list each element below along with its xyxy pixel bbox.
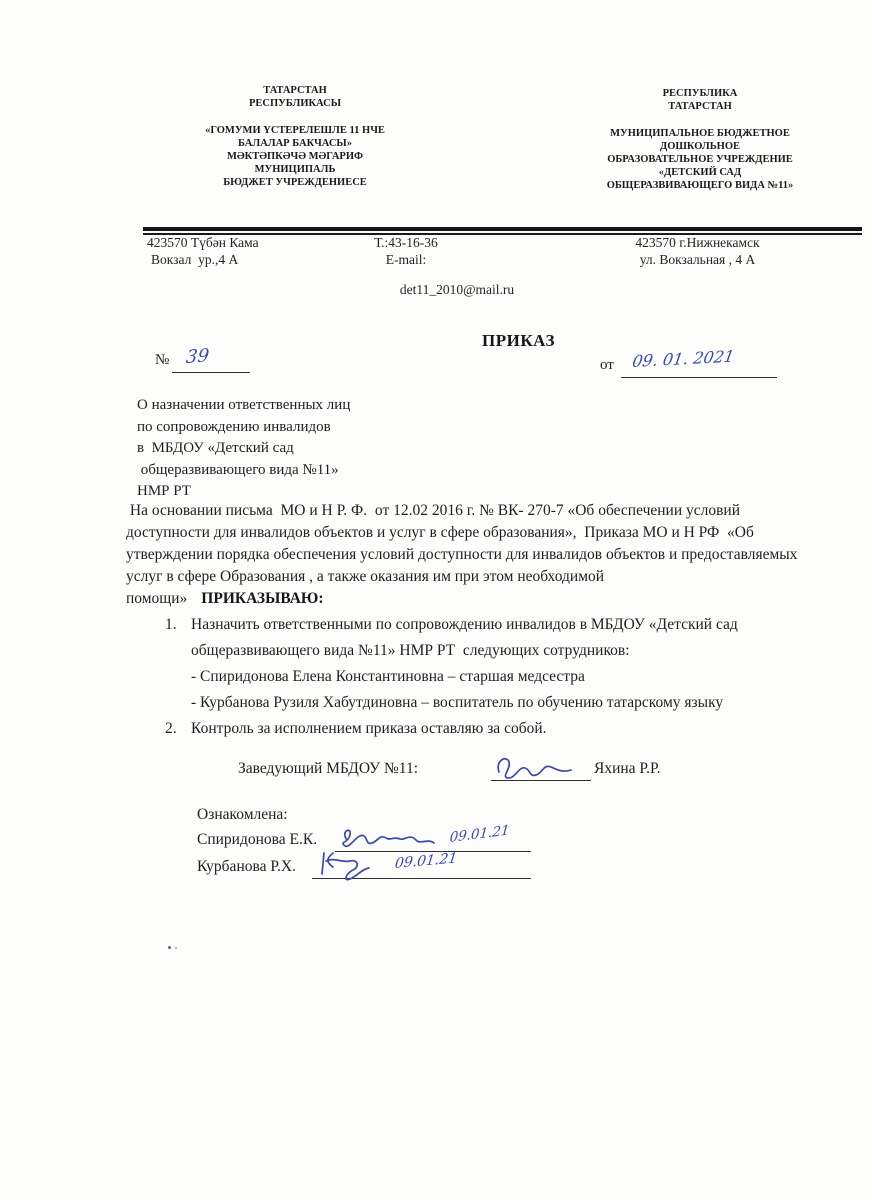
contact-line: 423570 г.Нижнекамск	[620, 234, 775, 251]
contact-phone: Т.:43-16-36	[346, 234, 466, 251]
scanned-order-document: ТАТАРСТАН РЕСПУБЛИКАСЫ «ГОМУМИ ҮСТЕРЕЛЕШ…	[0, 0, 872, 1200]
letterhead-gap	[130, 110, 460, 124]
director-label: Заведующий МБДОУ №11:	[238, 760, 418, 778]
email-address: det11_2010@mail.ru	[377, 281, 537, 298]
order-title: ПРИКАЗ	[482, 331, 555, 351]
letterhead-left-name-line: МӘКТӘПКӘЧӘ МӘГАРИФ	[130, 150, 460, 163]
letterhead-left-name-line: «ГОМУМИ ҮСТЕРЕЛЕШЛЕ 11 НЧЕ	[130, 124, 460, 137]
contact-line: Вокзал ур.,4 А	[147, 251, 259, 268]
order-subject-line: О назначении ответственных лиц	[137, 395, 350, 417]
contact-email-label: E-mail:	[346, 251, 466, 268]
ack-name-kurbanova: Курбанова Р.Х.	[197, 858, 296, 876]
letterhead-right-name-line: «ДЕТСКИЙ САД	[535, 166, 865, 179]
letterhead-right-block: РЕСПУБЛИКА ТАТАРСТАН МУНИЦИПАЛЬНОЕ БЮДЖЕ…	[535, 87, 865, 192]
director-name: Яхина Р.Р.	[594, 760, 661, 778]
order-item-number: 2.	[165, 716, 191, 742]
scan-artifact	[168, 946, 171, 949]
ack-date-handwritten: 09.01.21	[449, 822, 510, 846]
letterhead-left-name-line: МУНИЦИПАЛЬ	[130, 163, 460, 176]
scan-artifact	[175, 947, 177, 949]
order-date-handwritten: 09. 01. 2021	[631, 346, 736, 371]
order-number-line	[172, 372, 250, 373]
letterhead-right-name-line: МУНИЦИПАЛЬНОЕ БЮДЖЕТНОЕ	[535, 127, 865, 140]
letterhead-left-name-line: БАЛАЛАР БАКЧАСЫ»	[130, 137, 460, 150]
contact-address-russian: 423570 г.Нижнекамск ул. Вокзальная , 4 А	[620, 234, 775, 268]
contact-address-tatar: 423570 Түбән Кама Вокзал ур.,4 А	[147, 234, 259, 268]
order-keyword: ПРИКАЗЫВАЮ:	[201, 590, 323, 607]
letterhead-right-region-line: РЕСПУБЛИКА	[535, 87, 865, 100]
order-item-text: Контроль за исполнением приказа оставляю…	[191, 716, 811, 742]
letterhead-right-name-line: ДОШКОЛЬНОЕ	[535, 140, 865, 153]
order-subitem: - Спиридонова Елена Константиновна – ста…	[191, 664, 811, 690]
letterhead-right-name-line: ОБЩЕРАЗВИВАЮЩЕГО ВИДА №11»	[535, 179, 865, 192]
order-item-text: Назначить ответственными по сопровождени…	[191, 612, 811, 664]
letterhead-right-region-line: ТАТАРСТАН	[535, 100, 865, 113]
order-subject-line: общеразвивающего вида №11»	[137, 460, 350, 482]
order-item-number: 1.	[165, 612, 191, 638]
order-body: На основании письма МО и Н Р. Ф. от 12.0…	[126, 500, 804, 610]
letterhead-left-region-line: ТАТАРСТАН	[130, 84, 460, 97]
order-items: 1. Назначить ответственными по сопровожд…	[139, 612, 811, 742]
ack-name-spiridonova: Спиридонова Е.К.	[197, 831, 317, 849]
ack-heading: Ознакомлена:	[197, 806, 288, 824]
letterhead-gap	[535, 113, 865, 127]
order-subject: О назначении ответственных лиц по сопров…	[137, 395, 350, 503]
order-item-2: 2. Контроль за исполнением приказа остав…	[139, 716, 811, 742]
ack-signature-squiggle-kurbanova	[316, 850, 372, 886]
order-date-label: от	[600, 357, 614, 374]
order-item-1: 1. Назначить ответственными по сопровожд…	[139, 612, 811, 664]
order-number-label: №	[155, 352, 169, 369]
order-subject-line: в МБДОУ «Детский сад	[137, 438, 350, 460]
contact-phone-email: Т.:43-16-36 E-mail:	[346, 234, 466, 268]
letterhead-left-block: ТАТАРСТАН РЕСПУБЛИКАСЫ «ГОМУМИ ҮСТЕРЕЛЕШ…	[130, 84, 460, 189]
contact-line: 423570 Түбән Кама	[147, 234, 259, 251]
order-subject-line: по сопровождению инвалидов	[137, 417, 350, 439]
director-signature-squiggle	[493, 754, 579, 782]
order-subitem: - Курбанова Рузиля Хабутдиновна – воспит…	[191, 690, 811, 716]
order-number-handwritten: 39	[185, 345, 210, 368]
letterhead-left-name-line: БЮДЖЕТ УЧРЕЖДЕНИЕСЕ	[130, 176, 460, 189]
contact-line: ул. Вокзальная , 4 А	[620, 251, 775, 268]
letterhead-right-name-line: ОБРАЗОВАТЕЛЬНОЕ УЧРЕЖДЕНИЕ	[535, 153, 865, 166]
letterhead-left-region-line: РЕСПУБЛИКАСЫ	[130, 97, 460, 110]
order-date-line	[621, 377, 777, 378]
